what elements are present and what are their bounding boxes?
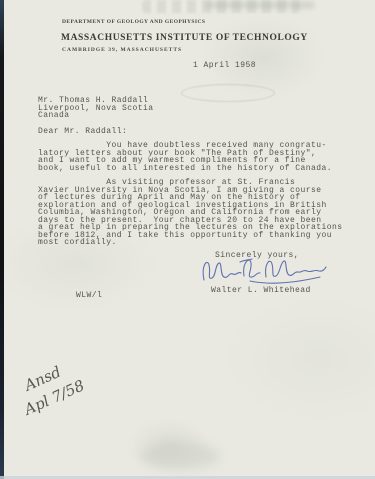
letterhead-institution: MASSACHUSETTS INSTITUTE OF TECHNOLOGY (61, 33, 308, 43)
letterhead-city-line: CAMBRIDGE 39, MASSACHUSETTS (62, 47, 182, 53)
recipient-country: Canada (38, 112, 154, 120)
bleed-through-smudge (205, 1, 315, 9)
paper-smudge (140, 442, 220, 470)
body-paragraph-2: As visiting professor at St. Francis Xav… (38, 179, 343, 247)
reference-initials: WLW/l (76, 292, 102, 300)
letter-paper: DEPARTMENT OF GEOLOGY AND GEOPHYSICS MAS… (0, 0, 375, 479)
letter-date: 1 April 1958 (193, 62, 256, 70)
recipient-address-block: Mr. Thomas H. Raddall Liverpool, Nova Sc… (38, 97, 154, 120)
body-paragraph-1: You have doubtless received many congrat… (38, 142, 332, 172)
salutation: Dear Mr. Raddall: (38, 128, 127, 136)
handwritten-annotation: Ansd Apl 7/58 (5, 348, 130, 438)
scan-edge-strip (0, 0, 4, 479)
letterhead-department: DEPARTMENT OF GEOLOGY AND GEOPHYSICS (62, 19, 205, 25)
faint-stamp-outline (181, 84, 275, 102)
typed-signature-name: Walter L. Whitehead (211, 287, 311, 295)
